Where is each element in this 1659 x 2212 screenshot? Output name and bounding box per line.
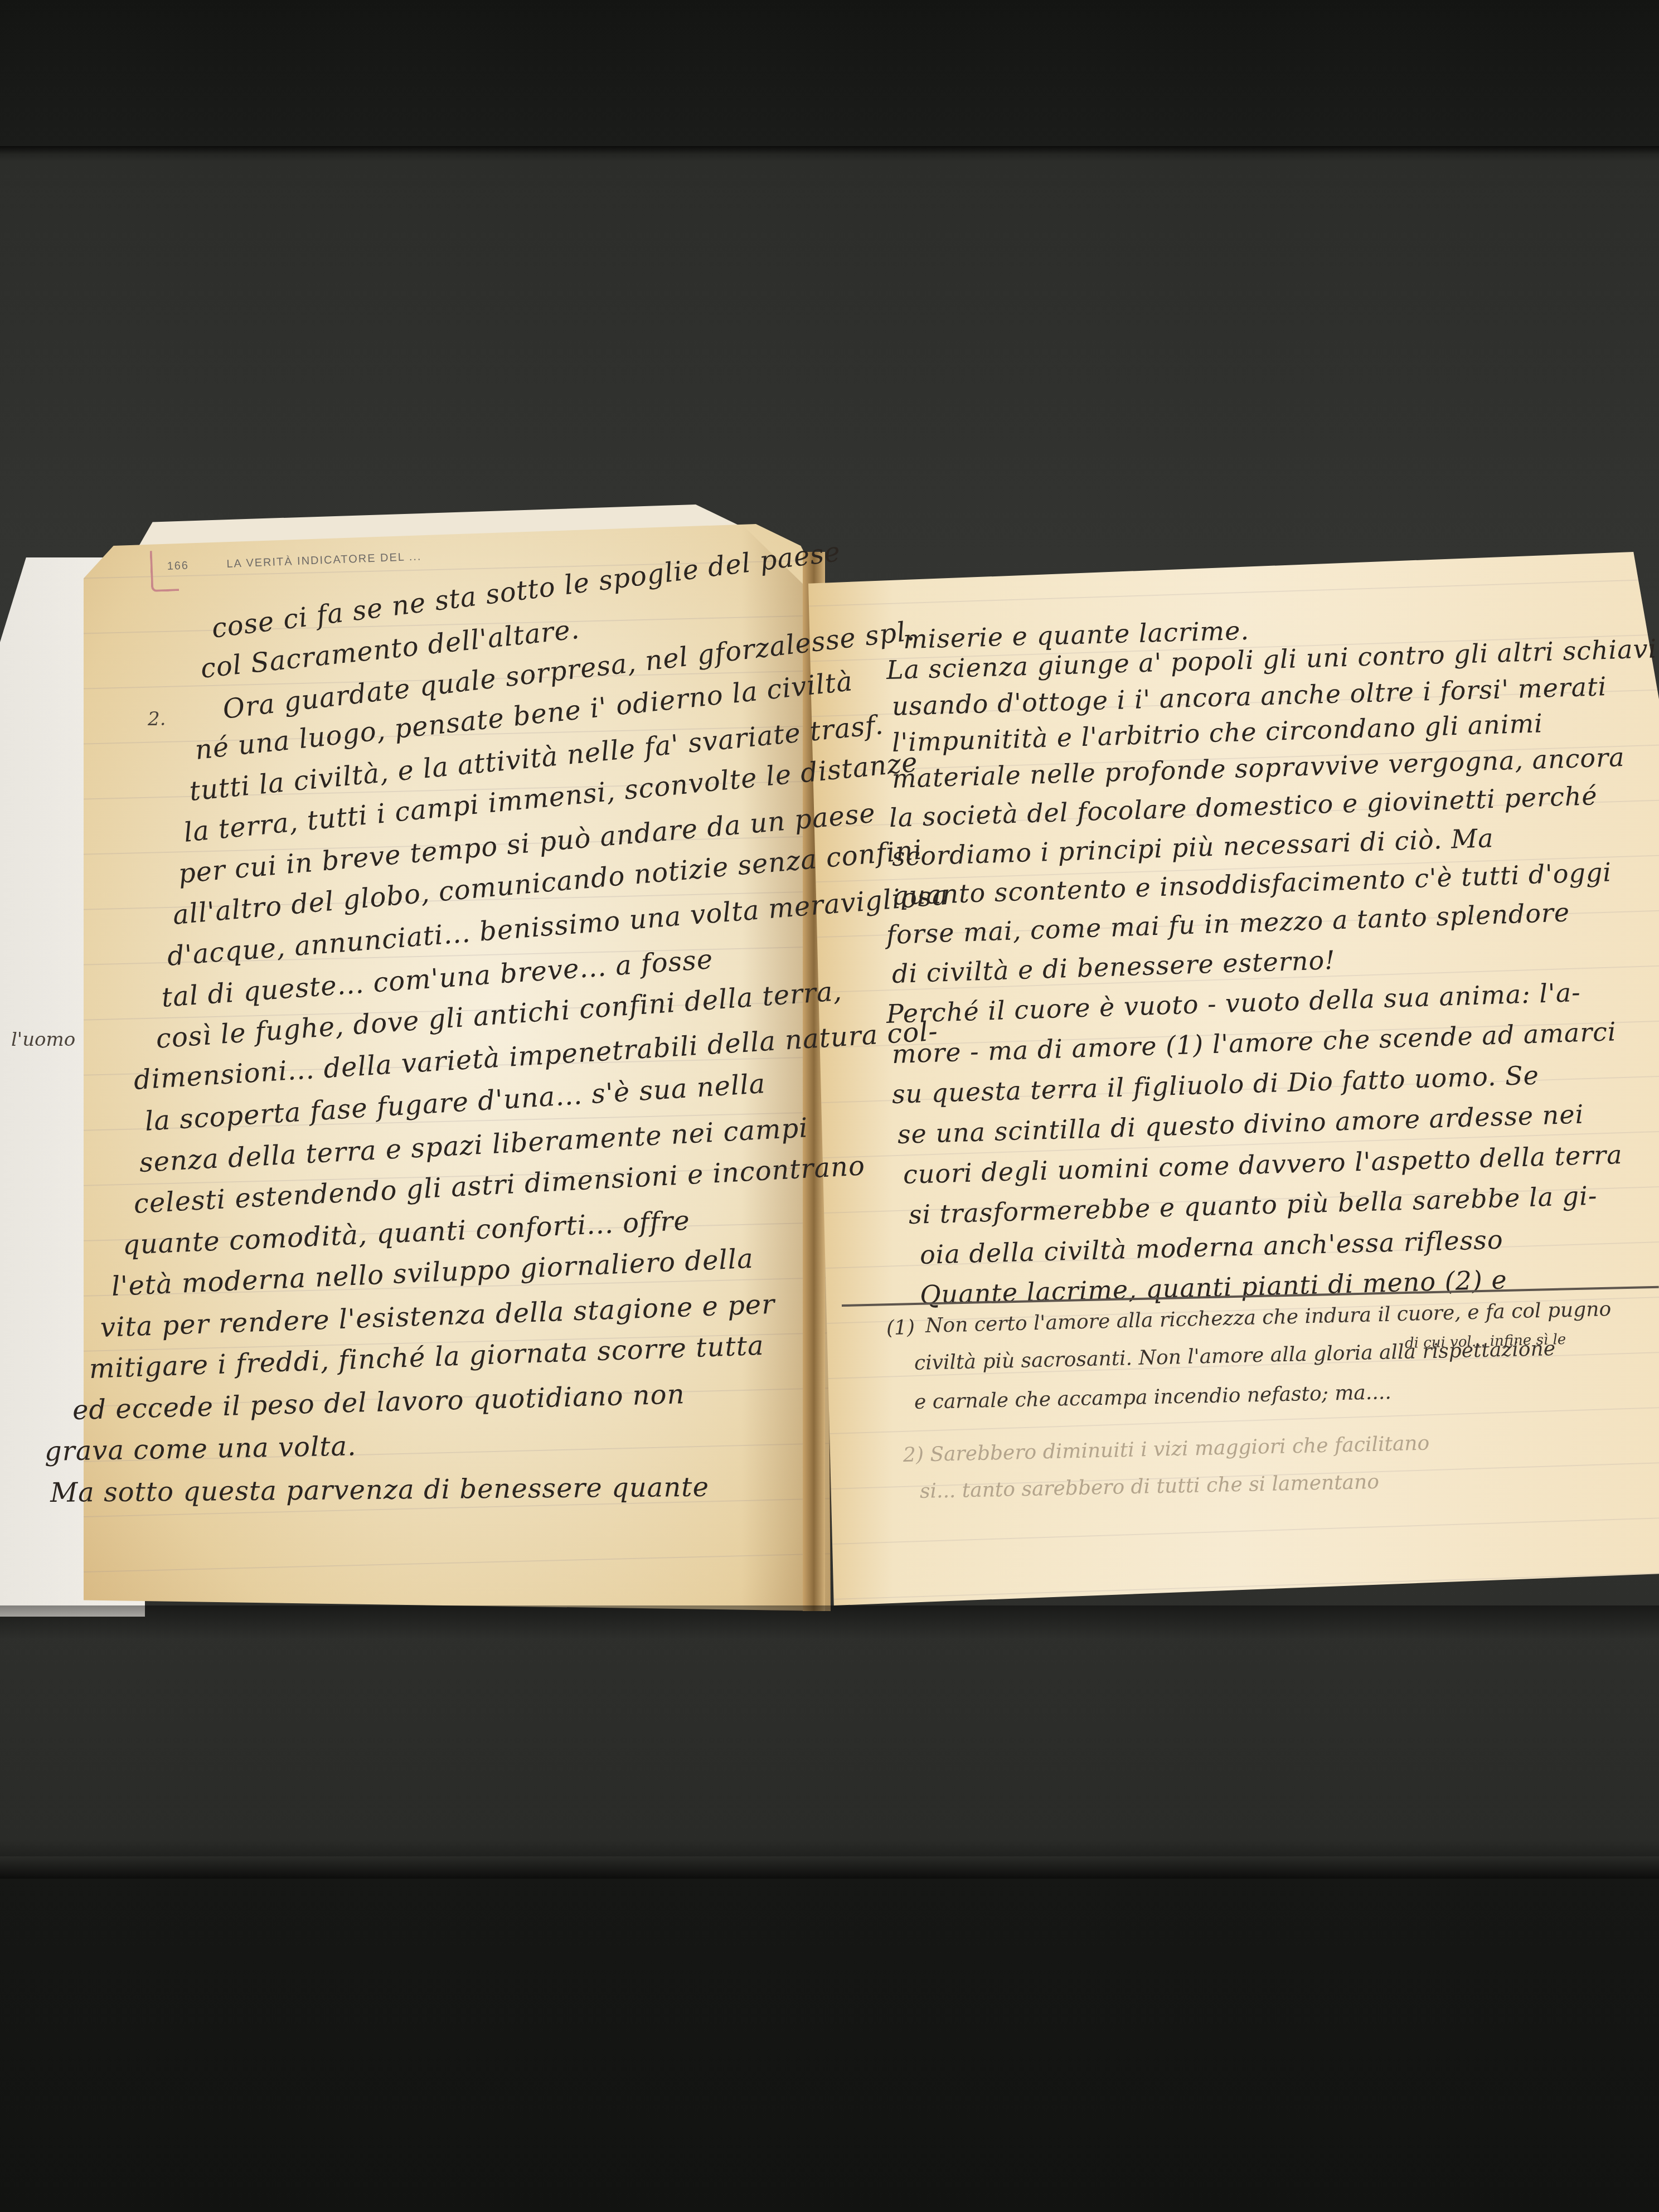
- margin-note: 2.: [148, 708, 166, 730]
- margin-note: l'uomo: [11, 1029, 75, 1051]
- notebook-shadow: [0, 1605, 1659, 1639]
- table-edge: [0, 1856, 1659, 1879]
- handwritten-line: Ma sotto questa parvenza di benessere qu…: [50, 1472, 709, 1508]
- margin-bracket-mark: [150, 550, 180, 592]
- footnote-marker: (1): [886, 1316, 915, 1340]
- handwritten-line: grava come una volta.: [45, 1430, 357, 1467]
- table-plank-seam: [0, 146, 1659, 154]
